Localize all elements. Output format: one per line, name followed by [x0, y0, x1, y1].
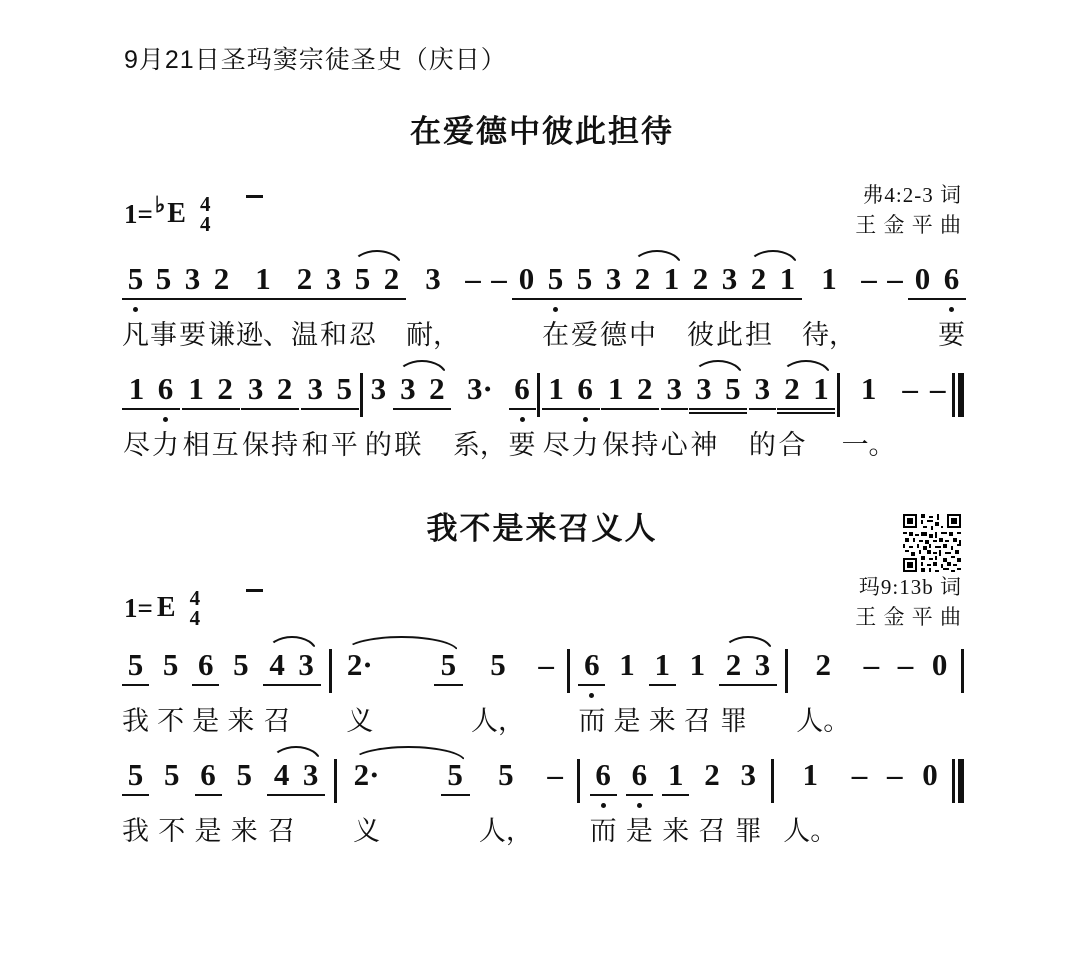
low-octave-dot — [583, 417, 588, 422]
note: 6是 — [192, 648, 219, 738]
lyric-syllable: 罪 — [735, 814, 762, 848]
low-octave-dot — [949, 307, 954, 312]
dash-glyph: – — [852, 758, 868, 792]
note-number: 2 — [297, 262, 313, 296]
note: 3 — [748, 648, 777, 738]
note-number: 3 — [298, 648, 314, 682]
meter-denominator: 4 — [190, 608, 201, 628]
beam-line — [207, 298, 236, 301]
song1-title: 在爱德中彼此担待 — [0, 106, 1084, 151]
note: 1人。 — [783, 758, 837, 848]
underline-beam — [735, 792, 762, 802]
beam-line — [777, 412, 806, 415]
underline-beam — [842, 406, 896, 416]
underline-beam — [856, 296, 882, 306]
lyric-syllable: 凡 — [122, 318, 149, 352]
note-number: 5 — [156, 262, 172, 296]
lyric-syllable: 中 — [629, 318, 656, 352]
beam-line — [270, 408, 299, 411]
slur-arc — [344, 636, 459, 652]
underline-beam — [319, 296, 348, 306]
octave-dot-area — [698, 802, 725, 811]
lyric-syllable: 互 — [212, 428, 239, 462]
note-number: 0 — [519, 262, 535, 296]
beam-line — [192, 684, 219, 687]
underline-beam — [158, 792, 185, 802]
note-number: 1 — [821, 262, 837, 296]
underline-beam — [626, 792, 653, 802]
slurred-note-group: 2·义5 — [340, 648, 463, 738]
underline-beam — [773, 296, 802, 306]
octave-dot-area — [542, 802, 568, 811]
note-group: 3罪 — [735, 758, 762, 848]
barline — [785, 649, 788, 693]
lyric-syllable: 召 — [264, 704, 291, 738]
underline-beam — [897, 406, 923, 416]
note: 5平 — [330, 372, 359, 462]
octave-dot-area — [301, 416, 330, 425]
lyric-syllable: 忍 — [349, 318, 376, 352]
song1-music-line-1: 5凡5事3要2谦1逊、2温3和5忍23耐，––05在5爱3德2中12彼3此2担1… — [122, 262, 964, 352]
slurred-note-group: 4召3 — [267, 758, 325, 848]
barline — [334, 759, 337, 803]
underline-beam — [744, 296, 773, 306]
note-group: 0 — [927, 648, 953, 738]
note: 0 — [512, 262, 541, 352]
note: 5人， — [479, 758, 533, 848]
note: 2 — [422, 372, 451, 462]
note: 3 — [296, 758, 325, 848]
note: 5 — [441, 758, 470, 848]
note-number: 6 — [632, 758, 648, 792]
note-number: 3 — [425, 262, 441, 296]
lyric-syllable: 温 — [291, 318, 318, 352]
note-group: 2彼3此 — [686, 262, 744, 352]
octave-dot-area — [441, 802, 470, 811]
underline-beam — [917, 792, 943, 802]
note: 5在 — [541, 262, 570, 352]
note: 3德 — [599, 262, 628, 352]
underline-beam — [292, 682, 321, 692]
beam-line — [377, 298, 406, 301]
note: 0 — [917, 758, 943, 848]
octave-dot-area — [122, 306, 149, 315]
duration-dash: – — [897, 372, 923, 462]
octave-dot-area — [330, 416, 359, 425]
note-number: 3 — [248, 372, 264, 406]
note-group: 1来 — [649, 648, 676, 738]
dash-glyph: – — [465, 262, 481, 296]
octave-dot-area — [689, 416, 718, 425]
note-number: 6 — [577, 372, 593, 406]
slurred-note-group: 4召3 — [263, 648, 321, 738]
note: 5忍 — [348, 262, 377, 352]
beam-line — [661, 408, 688, 411]
beam-line — [806, 408, 835, 411]
note-group: 5爱3德 — [570, 262, 628, 352]
note-group: 1人。 — [783, 758, 837, 848]
note-number: 2 — [726, 648, 742, 682]
note-number: 5 — [355, 262, 371, 296]
underline-beam — [340, 682, 380, 692]
note-number: 2 — [704, 758, 720, 792]
note: 2 — [377, 262, 406, 352]
duration-dash: – — [847, 758, 873, 848]
note-number: 1 — [129, 372, 145, 406]
lyric-syllable: 来 — [662, 814, 689, 848]
beam-line — [195, 794, 222, 797]
lyric-syllable: 爱 — [571, 318, 598, 352]
underline-beam — [715, 296, 744, 306]
underline-beam — [937, 296, 966, 306]
underline-beam — [601, 406, 630, 416]
note: 5 — [434, 648, 463, 738]
octave-dot-area — [393, 416, 422, 425]
underline-beam — [541, 296, 570, 306]
octave-dot-area — [649, 692, 676, 701]
underline-beam — [270, 406, 299, 416]
note: 1一。 — [842, 372, 896, 462]
note: 2彼 — [686, 262, 715, 352]
underline-beam — [422, 406, 451, 416]
lyric-syllable: 要 — [938, 318, 965, 352]
octave-dot-area — [122, 802, 149, 811]
slurred-note-group: 2担1 — [744, 262, 802, 352]
lyric-syllable: 担 — [745, 318, 772, 352]
note-group: 05在 — [512, 262, 570, 352]
note-number: 2 — [635, 262, 651, 296]
note-number: 3 — [326, 262, 342, 296]
beam-line — [689, 408, 718, 411]
lyric-syllable: 尽 — [123, 428, 150, 462]
flat-icon: ♭ — [155, 192, 165, 218]
beam-line — [590, 794, 617, 797]
underline-beam — [365, 406, 392, 416]
lyric-syllable: 是 — [614, 704, 641, 738]
underline-beam — [542, 406, 571, 416]
octave-dot-area — [777, 416, 806, 425]
octave-dot-area — [715, 306, 744, 315]
note: 2罪 — [719, 648, 748, 738]
dash-glyph: – — [887, 758, 903, 792]
note-number: 2· — [347, 648, 373, 682]
beam-line — [715, 298, 744, 301]
slurred-note-group: 2中1 — [628, 262, 686, 352]
lyric-syllable: 保 — [602, 428, 629, 462]
beam-line — [211, 408, 240, 411]
note: 2持 — [630, 372, 659, 462]
note: 6是 — [626, 758, 653, 848]
note-number: 6 — [198, 648, 214, 682]
beam-line — [649, 684, 676, 687]
lyric-syllable: 神 — [690, 428, 717, 462]
note: 4召 — [263, 648, 292, 738]
octave-dot-area — [231, 802, 258, 811]
duration-dash: – — [533, 648, 559, 738]
note: 6要 — [509, 372, 536, 462]
lyric-syllable: 此 — [716, 318, 743, 352]
note: 3联 — [393, 372, 422, 462]
note-number: 5 — [441, 648, 457, 682]
lyric-syllable: 持 — [631, 428, 658, 462]
octave-dot-area — [630, 416, 659, 425]
lyric-syllable: 我 — [122, 704, 149, 738]
slurred-note-group: 2·义5 — [347, 758, 470, 848]
octave-dot-area — [453, 416, 507, 425]
note: 5凡 — [122, 262, 149, 352]
slurred-note-group: 2合1 — [777, 372, 835, 462]
slur-arc — [632, 250, 682, 266]
beam-line — [937, 298, 966, 301]
underline-beam — [882, 792, 908, 802]
underline-beam — [698, 792, 725, 802]
underline-beam — [406, 296, 460, 306]
note-group: 1相2互 — [182, 372, 240, 462]
underline-beam — [927, 682, 953, 692]
octave-dot-area — [927, 692, 953, 701]
octave-dot-area — [290, 306, 319, 315]
beam-line — [263, 684, 292, 687]
underline-beam — [590, 792, 617, 802]
beam-line — [178, 298, 207, 301]
dash-glyph: – — [491, 262, 507, 296]
lyric-syllable: 一。 — [842, 428, 896, 462]
dash-glyph: – — [902, 372, 918, 406]
underline-beam — [806, 406, 835, 416]
lyric-syllable: 系， — [453, 428, 507, 462]
song1-key-signature: 1=♭E 4 4 — [124, 194, 210, 234]
beam-line — [599, 298, 628, 301]
octave-dot-area — [486, 306, 512, 315]
low-octave-dot — [163, 417, 168, 422]
underline-beam — [157, 682, 184, 692]
note-group: 5我 — [122, 758, 149, 848]
note: 3心 — [661, 372, 688, 462]
note-number: 2 — [214, 262, 230, 296]
note-number: 5 — [490, 648, 506, 682]
octave-dot-area — [686, 306, 715, 315]
underline-beam — [847, 792, 873, 802]
slur-arc — [693, 360, 743, 376]
note-number: 2 — [217, 372, 233, 406]
octave-dot-area — [460, 306, 486, 315]
note-number: 5 — [498, 758, 514, 792]
underline-beam — [570, 296, 599, 306]
duration-dash: – — [460, 262, 486, 352]
octave-dot-area — [662, 802, 689, 811]
lyricist-credit: 弗4:2-3 词 — [855, 180, 962, 210]
duration-dash: – — [893, 648, 919, 738]
note: 2·义 — [340, 648, 380, 738]
note: 4召 — [267, 758, 296, 848]
beam-line — [348, 298, 377, 301]
note: 5不 — [157, 648, 184, 738]
beam-line — [686, 298, 715, 301]
note-number: 3 — [755, 372, 771, 406]
lyric-syllable: 人。 — [796, 704, 850, 738]
note: 6是 — [195, 758, 222, 848]
underline-beam — [122, 682, 149, 692]
octave-dot-area — [267, 802, 296, 811]
note: 2人。 — [796, 648, 850, 738]
note: 3保 — [241, 372, 270, 462]
barline — [567, 649, 570, 693]
note-number: 5 — [725, 372, 741, 406]
underline-beam — [290, 296, 319, 306]
octave-dot-area — [122, 416, 151, 425]
lyric-syllable: 不 — [157, 704, 184, 738]
song2-music-line-2: 5我5不6是5来4召32·义55人，–6而6是1来2召3罪1人。––0 — [122, 758, 964, 848]
beam-line — [773, 298, 802, 301]
barline — [537, 373, 540, 417]
underline-beam — [231, 792, 258, 802]
note-group: 3的 — [365, 372, 392, 462]
key-prefix: 1= — [124, 199, 153, 230]
low-octave-dot — [133, 307, 138, 312]
note-group: 5我 — [122, 648, 149, 738]
underline-beam — [486, 296, 512, 306]
note-group: 1尽6力 — [122, 372, 180, 462]
barline — [577, 759, 580, 803]
underline-beam — [749, 406, 776, 416]
underline-beam — [718, 406, 747, 416]
underline-beam — [211, 406, 240, 416]
note-number: 1 — [188, 372, 204, 406]
barline — [961, 649, 964, 693]
note: 3此 — [715, 262, 744, 352]
beam-line — [908, 298, 937, 301]
octave-dot-area — [858, 692, 884, 701]
lyric-syllable: 召 — [698, 814, 725, 848]
key-tonic: E — [157, 592, 176, 624]
note: 1来 — [662, 758, 689, 848]
octave-dot-area — [207, 306, 236, 315]
lyric-syllable: 人。 — [783, 814, 837, 848]
note: 6而 — [578, 648, 605, 738]
beam-line — [434, 684, 463, 687]
lyric-syllable: 人， — [471, 704, 525, 738]
note: 3和 — [319, 262, 348, 352]
final-barline-thick — [958, 373, 964, 417]
lyric-syllable: 是 — [192, 704, 219, 738]
beam-line — [571, 408, 600, 411]
beam-line — [749, 408, 776, 411]
underline-beam — [512, 296, 541, 306]
lyric-syllable: 事 — [150, 318, 177, 352]
beam-line — [578, 684, 605, 687]
octave-dot-area — [151, 416, 180, 425]
beam-line — [570, 298, 599, 301]
lyric-syllable: 要 — [509, 428, 536, 462]
octave-dot-area — [270, 416, 299, 425]
note-group: 6是 — [195, 758, 222, 848]
note-number: 5 — [577, 262, 593, 296]
note: 3的 — [749, 372, 776, 462]
dash-glyph: – — [861, 262, 877, 296]
note-number: 3 — [185, 262, 201, 296]
note-number: 2 — [816, 648, 832, 682]
octave-dot-area — [263, 692, 292, 701]
octave-dot-area — [182, 416, 211, 425]
lyric-syllable: 的 — [365, 428, 392, 462]
octave-dot-area — [570, 306, 599, 315]
duration-dash: – — [486, 262, 512, 352]
note: 5我 — [122, 648, 149, 738]
beam-line — [689, 412, 718, 415]
note: 1召 — [684, 648, 711, 738]
note-number: 3 — [307, 372, 323, 406]
octave-dot-area — [571, 416, 600, 425]
octave-dot-area — [192, 692, 219, 701]
underline-beam — [509, 406, 536, 416]
note: 5事 — [149, 262, 178, 352]
note-number: 5 — [548, 262, 564, 296]
lyric-syllable: 保 — [242, 428, 269, 462]
slurred-note-group: 3联2 — [393, 372, 451, 462]
note: 1相 — [182, 372, 211, 462]
lyric-syllable: 人， — [479, 814, 533, 848]
note-group: 5不 — [157, 648, 184, 738]
note-number: 6 — [514, 372, 530, 406]
octave-dot-area — [917, 802, 943, 811]
lyric-syllable: 召 — [684, 704, 711, 738]
underline-beam — [453, 406, 507, 416]
lyric-syllable: 义 — [346, 704, 373, 738]
song2-key-signature: 1=E 4 4 — [124, 588, 200, 628]
underline-beam — [301, 406, 330, 416]
note-number: 2 — [277, 372, 293, 406]
key-prefix: 1= — [124, 593, 153, 624]
lyric-syllable: 尽 — [543, 428, 570, 462]
octave-dot-area — [661, 416, 688, 425]
lyric-syllable: 来 — [649, 704, 676, 738]
underline-beam — [662, 792, 689, 802]
note: 6力 — [151, 372, 180, 462]
qr-code — [903, 514, 961, 572]
note: 2召 — [698, 758, 725, 848]
lyric-syllable: 我 — [122, 814, 149, 848]
note: 5爱 — [570, 262, 599, 352]
underline-beam — [347, 792, 387, 802]
final-barline-thin — [952, 759, 955, 803]
octave-dot-area — [735, 802, 762, 811]
underline-beam — [227, 682, 254, 692]
octave-dot-area — [842, 416, 896, 425]
note-number: 1 — [255, 262, 271, 296]
final-barline — [952, 373, 964, 417]
note-number: 0 — [932, 648, 948, 682]
underline-beam — [151, 406, 180, 416]
beam-line — [241, 408, 270, 411]
note: 5 — [718, 372, 747, 462]
beam-line — [601, 408, 630, 411]
note: 3神 — [689, 372, 718, 462]
note-number: 6 — [944, 262, 960, 296]
note-number: 5 — [128, 262, 144, 296]
note-number: 6 — [584, 648, 600, 682]
octave-dot-area — [856, 306, 882, 315]
lyric-syllable: 来 — [227, 704, 254, 738]
note-number: 1 — [668, 758, 684, 792]
note-number: 1 — [813, 372, 829, 406]
dash-glyph: – — [864, 648, 880, 682]
beam-line — [393, 408, 422, 411]
note: 3和 — [301, 372, 330, 462]
underline-beam — [686, 296, 715, 306]
lyric-syllable: 逊、 — [236, 318, 290, 352]
dash-glyph: – — [887, 262, 903, 296]
beam-line — [630, 408, 659, 411]
